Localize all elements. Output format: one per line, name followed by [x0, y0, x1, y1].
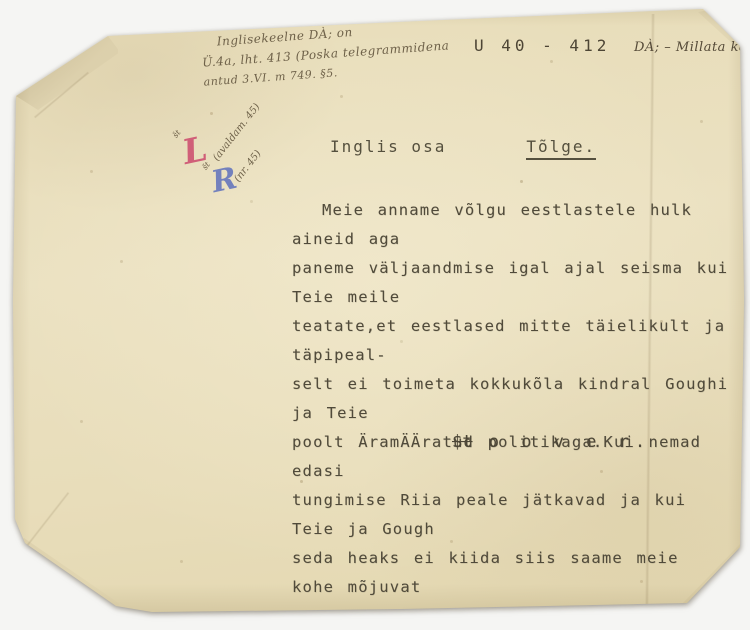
typed-reference-number: U 40 - 412 — [474, 36, 610, 55]
typewritten-body: Meie anname võlgu eestlastele hulk ainei… — [292, 196, 732, 630]
body-line: selt ei toimeta kokkukõla kindral Goughi… — [292, 370, 732, 428]
blue-r-note: (nr. 45) — [232, 148, 263, 184]
diagonal-crease-bottom-left — [0, 492, 70, 588]
scanned-letter: Inglisekeelne DÀ; on Ü.4a, lht. 413 (Pos… — [0, 0, 750, 630]
paper-edge-shading-top — [0, 0, 750, 26]
corner-fold-bottom-left — [8, 532, 123, 612]
handwritten-reference-note: DÀ; – Millata käsikiri. — [634, 40, 750, 55]
blue-letter-mark: št R (nr. 45) — [209, 164, 240, 199]
heading-section-label: Inglis osa — [330, 137, 446, 156]
archive-reference-line: U 40 - 412 DÀ; – Millata käsikiri. — [474, 36, 750, 55]
corner-fold-top-left — [8, 30, 118, 110]
signature-overstrike-characters: $t — [452, 432, 472, 452]
body-line: paneme väljaandmise igal ajal seisma kui… — [292, 254, 732, 312]
document-heading: Inglis osaTõlge. — [330, 137, 596, 156]
body-line: Meie anname võlgu eestlastele hulk ainei… — [292, 196, 732, 254]
paper-edge-shading-left — [0, 0, 30, 630]
paper-speckles — [0, 0, 3, 3]
heading-translation-label: Tõlge. — [526, 137, 596, 160]
body-line: tungimise Riia peale jätkavad ja kui Tei… — [292, 486, 732, 544]
archive-pencil-annotation: Inglisekeelne DÀ; on Ü.4a, lht. 413 (Pos… — [200, 15, 451, 92]
paper-sheet: Inglisekeelne DÀ; on Ü.4a, lht. 413 (Pos… — [0, 0, 750, 630]
body-line: seda heaks ei kiida siis saame meie kohe… — [292, 544, 732, 602]
signature-hoover: $t o o v e r. — [452, 432, 651, 452]
diagonal-crease-top-left — [34, 71, 90, 118]
body-line: survet tarvitama. — [292, 602, 732, 630]
signature-text: o o v e r. — [472, 432, 651, 452]
body-line: teatate,et eestlased mitte täielikult ja… — [292, 312, 732, 370]
